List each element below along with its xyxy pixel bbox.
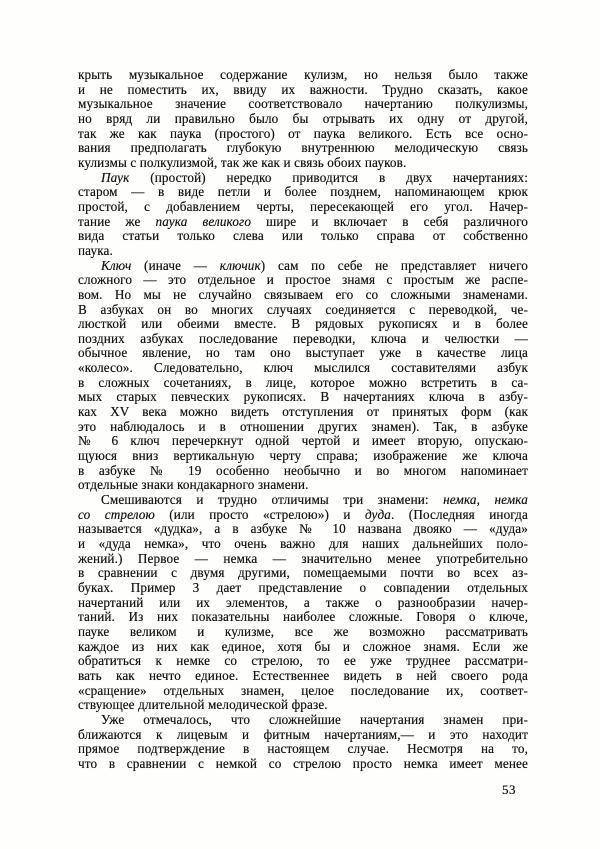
text-segment: это наблюдалось и в отношении других зна… [78,419,528,434]
text-line: в сложных сочетаниях, в лице, которое мо… [78,376,528,391]
book-page: крыть музыкальное содержание кулизм, но … [0,0,600,849]
text-line: обратиться к немке со стрелою, то ее уже… [78,654,528,669]
text-segment: старом — в виде петли и более позднем, н… [78,184,528,199]
text-line: музыкальное значение соответствовало нач… [78,97,528,112]
text-segment: каждое из них как единое, хотя бы и слож… [78,639,528,654]
text-segment: в сравнении с двумя другими, помещаемыми… [78,565,528,580]
text-line: в азбуке № 19 особенно необычно и во мно… [78,464,528,479]
text-segment: отдельные знаки кондакарного знамени. [78,477,309,492]
text-line: но вряд ли правильно было бы отрывать их… [78,112,528,127]
text-segment: вида статьи только слева или только спра… [78,228,528,243]
text-segment: поздних азбуках последование переводки, … [78,331,528,346]
text-segment: шире и включает в себя различного [251,214,528,229]
text-line: и не поместить их, ввиду их важности. Тр… [78,83,528,98]
text-segment: «колесо». Следовательно, ключ мыслился с… [78,360,528,375]
text-line: вать как нечто единое. Естественнее виде… [78,669,528,684]
text-line: со стрелою (или просто «стрелою») и дуда… [78,508,528,523]
text-line: это наблюдалось и в отношении других зна… [78,420,528,435]
text-line: люсткой или обеими вместе. В рядовых рук… [78,317,528,332]
text-segment: пауке великом и кулизме, все же возможно… [78,624,528,639]
text-segment: (простой) нередко приводится в двух наче… [129,170,528,185]
text-segment: В азбуках он во многих случаях соединяет… [78,302,528,317]
text-line: начертаний или их элементов, а также о р… [78,596,528,611]
text-line: тание же паука великого шире и включает … [78,215,528,230]
text-line: что в сравнении с немкой со стрелою прос… [78,757,528,772]
text-segment: так же как паука (простого) от паука вел… [78,126,528,141]
text-segment: «сращение» отдельных знамен, целое после… [78,683,528,698]
text-segment: начертаний или их элементов, а также о р… [78,595,528,610]
text-line: Уже отмечалось, что сложнейшие начертани… [78,713,528,728]
italic-term: дуда [365,507,391,522]
text-segment: № 6 ключ перечеркнут одной чертой и имее… [78,433,528,448]
text-line: простой, с добавлением черты, пересекающ… [78,200,528,215]
text-segment: в сложных сочетаниях, в лице, которое мо… [78,375,528,390]
text-block: крыть музыкальное содержание кулизм, но … [78,68,528,772]
text-segment: простой, с добавлением черты, пересекающ… [78,199,528,214]
italic-term: со стрелою [78,507,155,522]
text-line: кулизмы с полкулизмой, так же как и связ… [78,156,528,171]
text-segment: щуюся вниз вертикальную черту справа; из… [78,448,528,463]
text-segment: вания предполагать глубокую внутреннюю м… [78,140,528,155]
text-segment: паука. [78,243,113,258]
italic-term: ключик [220,258,261,273]
text-segment: прямое подтверждение в настоящем случае.… [78,741,528,756]
text-segment: называется «дудка», а в азбуке № 10 назв… [78,521,528,536]
text-line: в сравнении с двумя другими, помещаемыми… [78,566,528,581]
text-line: Смешиваются и трудно отличимы три знамен… [78,493,528,508]
text-segment: мых старых певческих рукописях. В начерт… [78,389,528,404]
text-line: мых старых певческих рукописях. В начерт… [78,390,528,405]
text-segment: обычное явление, но там оно выступает уж… [78,345,528,360]
text-segment: буках. Пример 3 дает представление о сов… [78,580,528,595]
italic-term: Паук [101,170,129,185]
text-segment: люсткой или обеими вместе. В рядовых рук… [78,316,528,331]
text-segment: кулизмы с полкулизмой, так же как и связ… [78,155,406,170]
text-segment: жений.) Первое — немка — значительно мен… [78,551,528,566]
text-line: поздних азбуках последование переводки, … [78,332,528,347]
text-line: ствующее длительной мелодической фразе. [78,698,528,713]
text-line: и «дуда немка», что очень важно для наши… [78,537,528,552]
text-segment: ствующее длительной мелодической фразе. [78,697,328,712]
text-line: каждое из них как единое, хотя бы и слож… [78,640,528,655]
text-line: пауке великом и кулизме, все же возможно… [78,625,528,640]
text-segment: Уже отмечалось, что сложнейшие начертани… [101,712,528,727]
text-segment: ках XV века можно видеть отступления от … [78,404,528,419]
page-number: 53 [502,782,516,798]
italic-term: Ключ [101,258,131,273]
text-segment: ) сам по себе не представляет ничего [261,258,528,273]
text-segment: таний. Из них показательны наиболее слож… [78,609,528,624]
text-segment: но вряд ли правильно было бы отрывать их… [78,111,528,126]
text-segment: . (Последняя иногда [391,507,528,522]
text-line: «колесо». Следовательно, ключ мыслился с… [78,361,528,376]
text-segment: (иначе — [131,258,219,273]
text-line: жений.) Первое — немка — значительно мен… [78,552,528,567]
text-segment: вать как нечто единое. Естественнее виде… [78,668,528,683]
text-line: щуюся вниз вертикальную черту справа; из… [78,449,528,464]
text-line: № 6 ключ перечеркнут одной чертой и имее… [78,434,528,449]
text-segment: и «дуда немка», что очень важно для наши… [78,536,528,551]
text-line: Ключ (иначе — ключик) сам по себе не пре… [78,259,528,274]
text-segment: (или просто «стрелою») и [155,507,365,522]
text-line: обычное явление, но там оно выступает уж… [78,346,528,361]
text-line: ближаются к лицевым и фитным начертаниям… [78,728,528,743]
text-line: крыть музыкальное содержание кулизм, но … [78,68,528,83]
text-line: паука. [78,244,528,259]
text-segment: музыкальное значение соответствовало нач… [78,96,528,111]
text-line: вида статьи только слева или только спра… [78,229,528,244]
text-line: вом. Но мы не случайно связываем его со … [78,288,528,303]
text-segment: Смешиваются и трудно отличимы три знамен… [101,492,443,507]
text-line: «сращение» отдельных знамен, целое после… [78,684,528,699]
text-segment: обратиться к немке со стрелою, то ее уже… [78,653,528,668]
text-line: старом — в виде петли и более позднем, н… [78,185,528,200]
text-line: вания предполагать глубокую внутреннюю м… [78,141,528,156]
text-segment: ближаются к лицевым и фитным начертаниям… [78,727,528,742]
text-line: ках XV века можно видеть отступления от … [78,405,528,420]
text-segment: и не поместить их, ввиду их важности. Тр… [78,82,528,97]
text-segment: что в сравнении с немкой со стрелою прос… [78,756,528,771]
text-line: прямое подтверждение в настоящем случае.… [78,742,528,757]
text-line: называется «дудка», а в азбуке № 10 назв… [78,522,528,537]
text-segment: сложного — это отдельное и простое знамя… [78,272,528,287]
text-line: так же как паука (простого) от паука вел… [78,127,528,142]
text-line: отдельные знаки кондакарного знамени. [78,478,528,493]
text-segment: крыть музыкальное содержание кулизм, но … [78,67,528,82]
text-segment: вом. Но мы не случайно связываем его со … [78,287,528,302]
text-segment: тание же [78,214,156,229]
text-segment: в азбуке № 19 особенно необычно и во мно… [78,463,528,478]
italic-term: немка, немка [443,492,528,507]
text-line: В азбуках он во многих случаях соединяет… [78,303,528,318]
italic-term: паука великого [156,214,252,229]
text-line: Паук (простой) нередко приводится в двух… [78,171,528,186]
text-line: таний. Из них показательны наиболее слож… [78,610,528,625]
text-line: буках. Пример 3 дает представление о сов… [78,581,528,596]
text-line: сложного — это отдельное и простое знамя… [78,273,528,288]
